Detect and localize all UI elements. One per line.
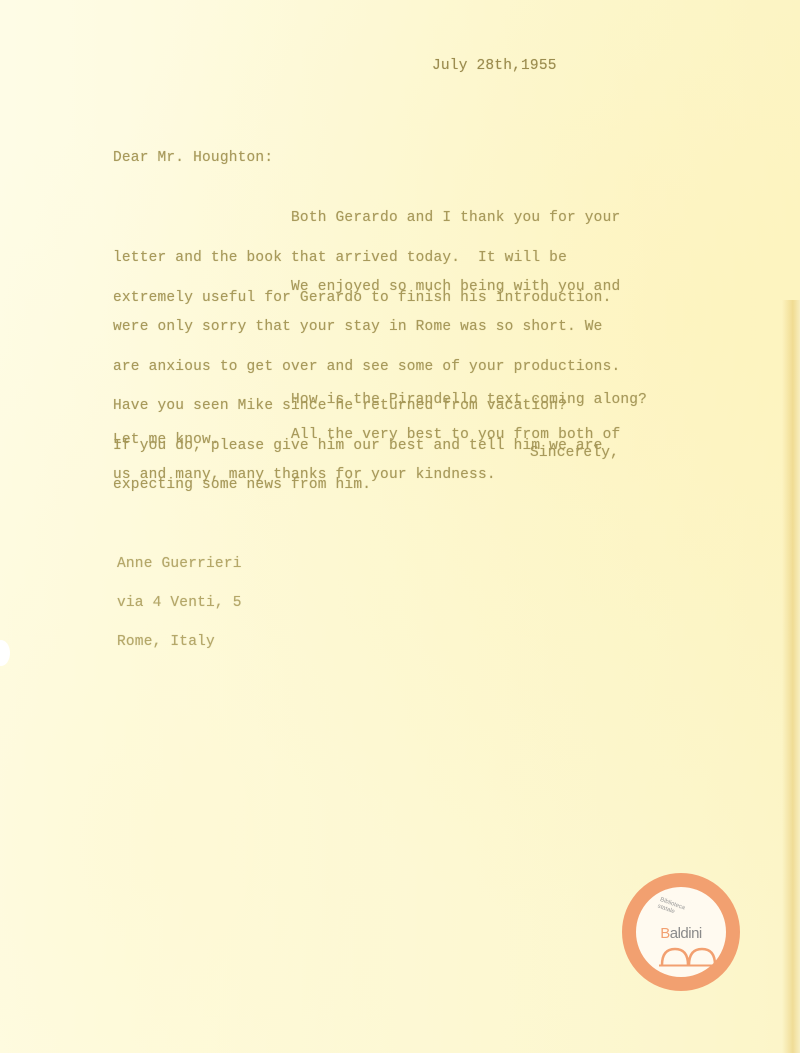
paragraph-line: Both Gerardo and I thank you for your (113, 212, 620, 225)
logo-subtitle: Biblioteca statale (656, 897, 685, 919)
paragraph-line: We enjoyed so much being with you and (113, 281, 620, 294)
paragraph-line: were only sorry that your stay in Rome w… (113, 321, 620, 334)
sender-name: Anne Guerrieri (117, 558, 242, 571)
sender-city: Rome, Italy (117, 636, 242, 649)
logo-wordmark: Baldini (636, 925, 726, 942)
closing: Sincerely, (530, 447, 619, 460)
library-watermark-logo: Biblioteca statale Baldini (622, 873, 740, 991)
logo-initial: B (660, 925, 670, 942)
punch-hole (0, 640, 10, 666)
logo-wordmark-rest: aldini (670, 925, 702, 942)
letter-date: July 28th,1955 (432, 60, 557, 73)
paragraph-line: us and many, many thanks for your kindne… (113, 469, 620, 482)
paper-edge-stain (782, 300, 800, 1053)
paragraph-line: All the very best to you from both of (113, 429, 620, 442)
open-book-icon (658, 945, 720, 967)
sender-street: via 4 Venti, 5 (117, 597, 242, 610)
sender-address: Anne Guerrieri via 4 Venti, 5 Rome, Ital… (117, 532, 242, 675)
salutation: Dear Mr. Houghton: (113, 152, 273, 165)
scanned-letter-page: July 28th,1955 Dear Mr. Houghton: Both G… (0, 0, 800, 1053)
